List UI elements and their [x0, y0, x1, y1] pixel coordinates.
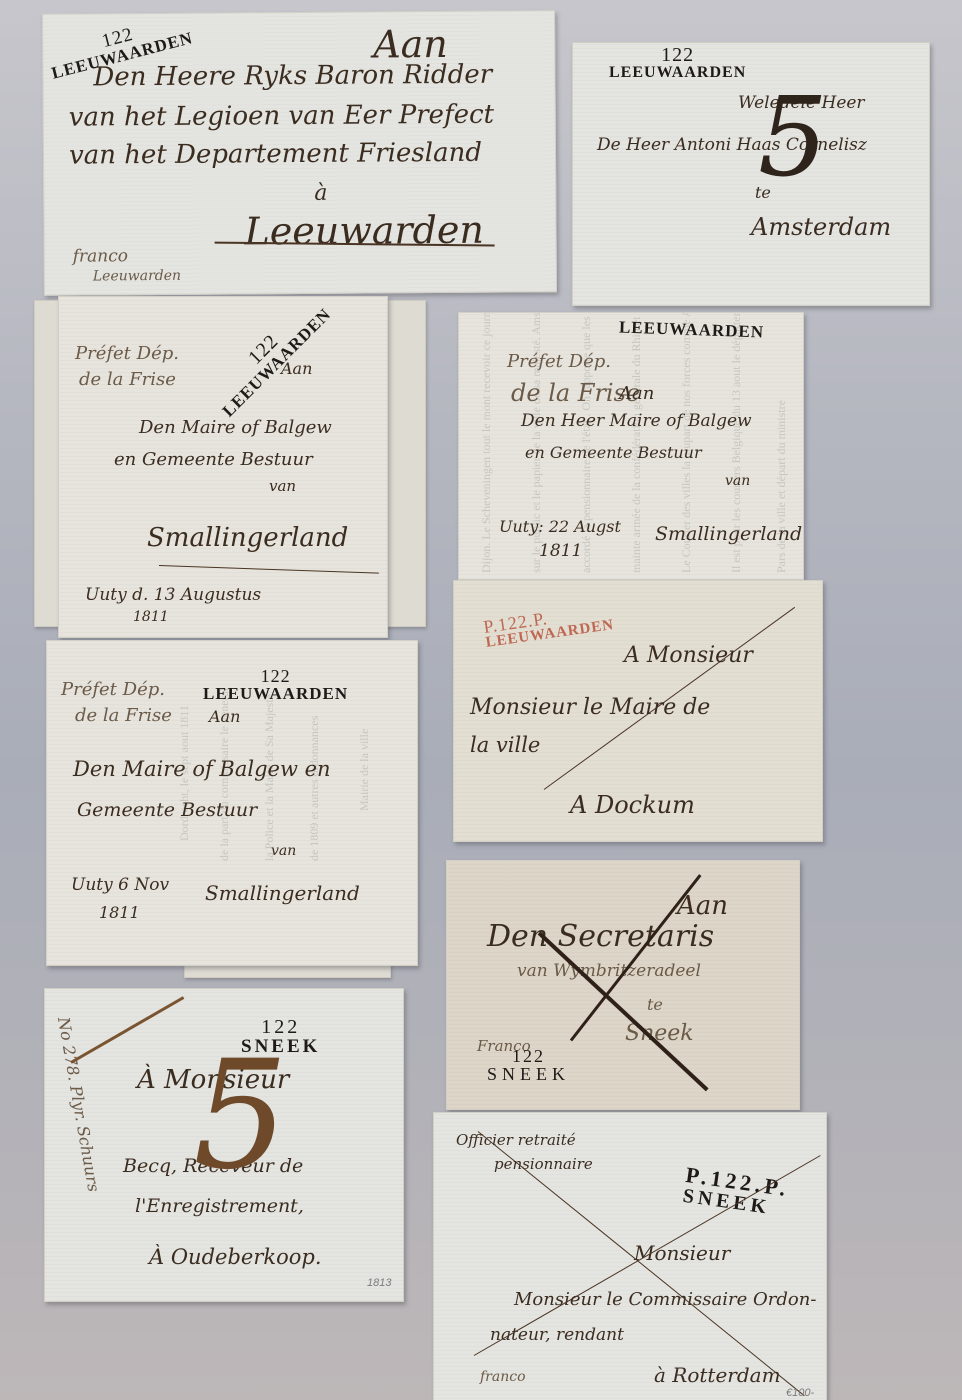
address-line: Den Secretaris: [487, 919, 714, 954]
address-line: A Dockum: [570, 791, 695, 819]
address-line: Den Maire of Balgew en: [73, 757, 331, 781]
postmark-stamp: 122 SNEEK: [487, 1047, 570, 1083]
address-line: Smallingerland: [147, 523, 348, 553]
franco-note: franco: [73, 246, 128, 266]
rate-mark: 5: [193, 1029, 288, 1203]
postmark-stamp: 122 LEEUWAARDEN: [203, 667, 348, 702]
rate-mark: 5: [758, 73, 828, 201]
date-note: Uuty d. 13 Augustus: [85, 585, 261, 605]
address-line: à: [314, 181, 327, 206]
franco-note: franco: [480, 1369, 526, 1385]
postmark-stamp: 122 LEEUWAARDEN: [205, 296, 334, 420]
address-line: Gemeente Bestuur: [77, 799, 257, 821]
cancel-cross-stroke: [474, 1155, 821, 1356]
address-line: Amsterdam: [751, 213, 891, 241]
paper-texture: [573, 43, 929, 305]
letter-cover-9: Officier retraité pensionnaire P.122.P. …: [433, 1112, 827, 1400]
underline-flourish: [159, 565, 379, 574]
rate-stroke: [70, 996, 184, 1064]
pencil-price: €100-: [786, 1387, 814, 1399]
address-line: en Gemeente Bestuur: [114, 449, 313, 470]
address-line: Smallingerland: [655, 523, 802, 545]
address-line: en Gemeente Bestuur: [525, 443, 702, 462]
paper-texture: [434, 1113, 826, 1400]
address-line: Aan: [209, 707, 240, 726]
letter-cover-7: Aan Den Secretaris van Wymbritzeradeel t…: [446, 860, 800, 1110]
date-note: 1811: [133, 609, 169, 625]
address-line: Monsieur le Commissaire Ordon-: [514, 1289, 816, 1310]
postmark-stamp: 122 LEEUWAARDEN: [609, 45, 746, 81]
sender-note: Préfet Dép.: [75, 343, 179, 364]
side-note: No 278. Plyr. Schuurs: [54, 1016, 103, 1194]
postmark-number: 122: [205, 296, 322, 408]
letter-cover-2: 122 LEEUWAARDEN Weledele Heer De Heer An…: [572, 42, 930, 306]
postmark-stamp: P.122.P. SNEEK: [682, 1164, 791, 1220]
address-line: van: [725, 473, 750, 489]
address-line: Leeuwarden: [244, 208, 484, 254]
postmark-stamp: LEEUWAARDEN: [619, 318, 765, 340]
postmark-number: 122: [487, 1047, 570, 1065]
date-note: 1811: [99, 903, 140, 922]
bleed-through-newsprint: Dijon. Le Scheveningen tout le mont rece…: [479, 323, 494, 573]
postmark-number: 122: [609, 45, 746, 65]
sender-note: de la Frise: [79, 369, 176, 390]
address-line: la ville: [470, 733, 540, 757]
address-line: van het Legioen van Eer Prefect: [69, 100, 494, 133]
address-line: Aan: [619, 383, 654, 404]
bleed-through-newsprint: Mairie de la ville: [357, 651, 372, 811]
letter-cover-6: Dordrecht, le sept aout 1811 de la part …: [46, 640, 418, 966]
address-line: à Rotterdam: [654, 1363, 781, 1387]
address-line: Smallingerland: [205, 881, 360, 905]
sender-note: Préfet Dép.: [61, 679, 165, 700]
letter-cover-3: 122 LEEUWAARDEN Préfet Dép. de la Frise …: [58, 296, 388, 638]
address-line: te: [647, 995, 663, 1014]
sender-note: Préfet Dép.: [507, 351, 611, 372]
letter-cover-1: 122 LEEUWAARDEN Aan Den Heere Ryks Baron…: [42, 10, 557, 296]
date-note: Uuty: 22 Augst: [499, 517, 621, 536]
address-line: van het Departement Friesland: [69, 138, 482, 171]
address-line: van: [269, 477, 296, 495]
address-line: Aan: [281, 359, 312, 378]
address-line: Den Heere Ryks Baron Ridder: [93, 60, 492, 93]
franco-note: Leeuwarden: [93, 268, 181, 285]
postmark-number: 122: [203, 667, 348, 685]
postmark-town: SNEEK: [487, 1064, 570, 1084]
address-line: van Wymbritzeradeel: [517, 961, 701, 981]
postmark-town: LEEUWAARDEN: [203, 684, 348, 703]
address-line: À Oudeberkoop.: [149, 1245, 322, 1269]
address-line: van: [271, 843, 296, 859]
postmark-stamp: P.122.P. LEEUWAARDEN: [482, 600, 615, 651]
sender-note: Officier retraité: [456, 1131, 576, 1149]
address-line: Den Heer Maire of Balgew: [521, 411, 752, 431]
sender-note: de la Frise: [75, 705, 172, 726]
pencil-note: 1813: [367, 1277, 391, 1289]
postmark-town: LEEUWAARDEN: [609, 64, 746, 81]
cancel-cross-stroke: [570, 874, 702, 1041]
address-line: Monsieur le Maire de: [470, 695, 710, 720]
address-line: Den Maire of Balgew: [139, 417, 332, 438]
date-note: Uuty 6 Nov: [71, 875, 169, 895]
date-note: 1811: [539, 541, 582, 561]
letter-cover-8: 122 SNEEK No 278. Plyr. Schuurs À Monsie…: [44, 988, 404, 1302]
letter-cover-5: P.122.P. LEEUWAARDEN A Monsieur Monsieur…: [453, 580, 823, 842]
address-line: A Monsieur: [624, 643, 753, 668]
letter-cover-4: Dijon. Le Scheveningen tout le mont rece…: [458, 312, 804, 580]
